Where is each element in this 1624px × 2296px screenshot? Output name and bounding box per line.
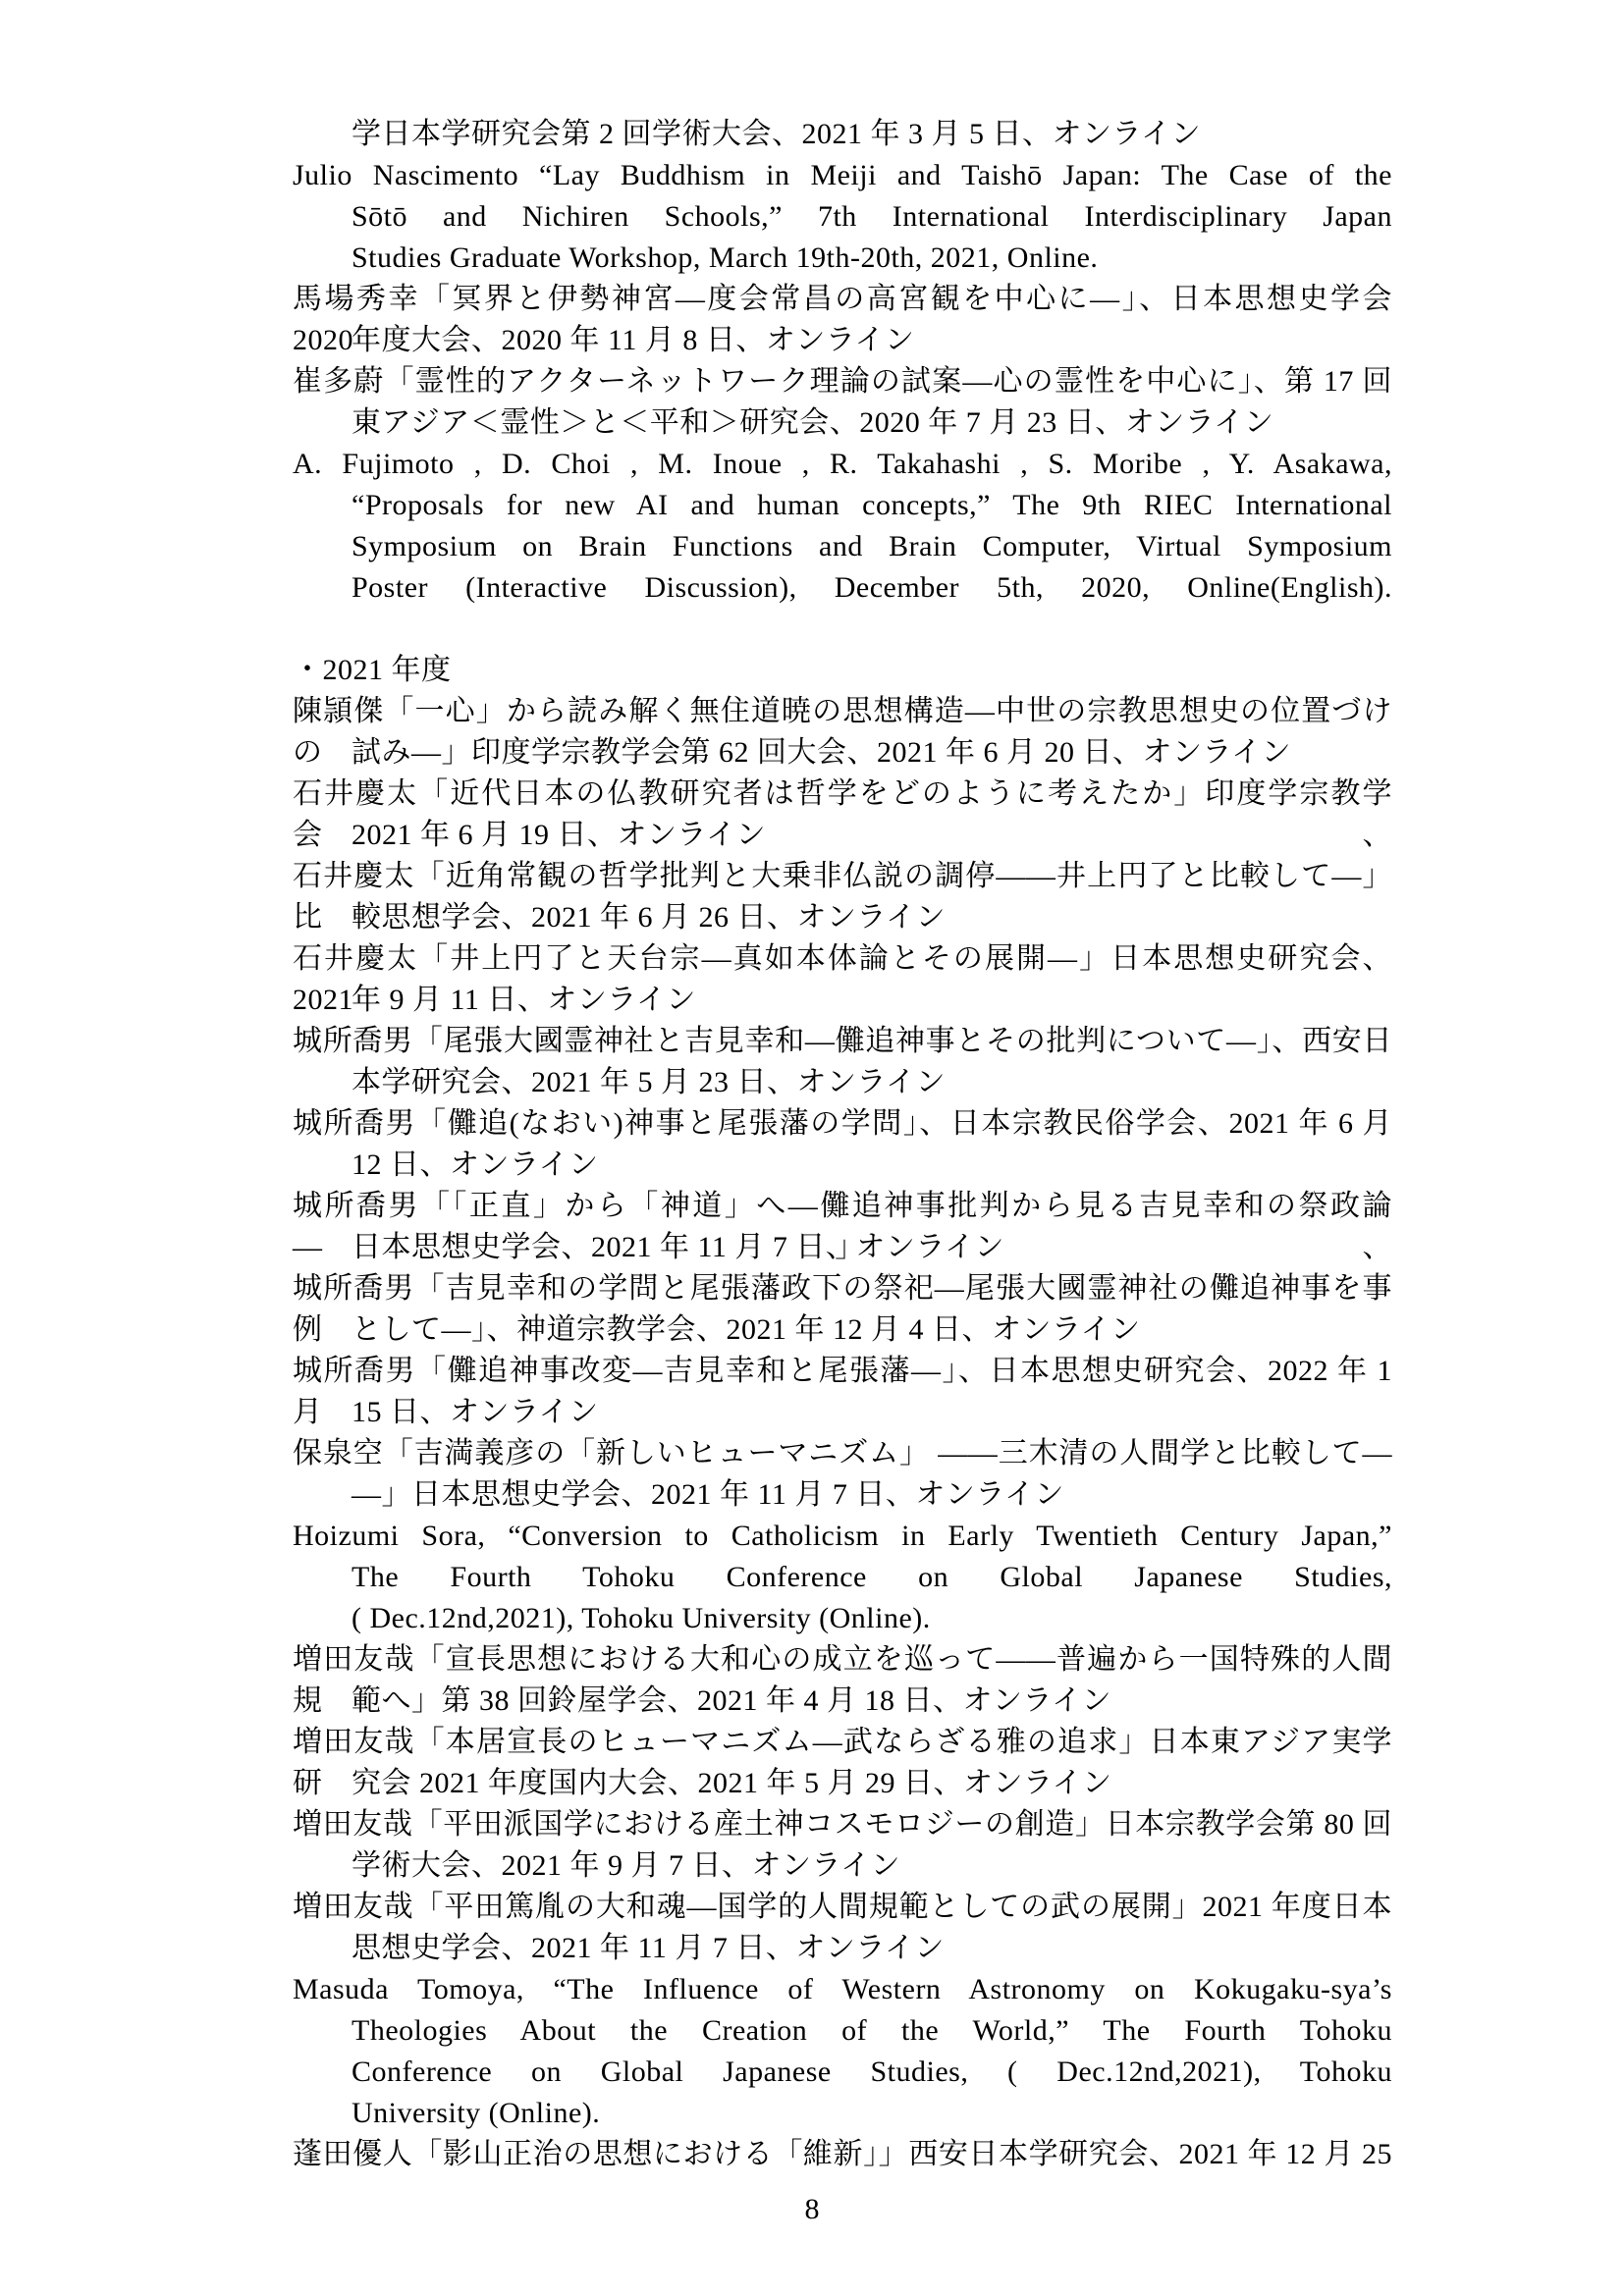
text-line: ( Dec.12nd,2021), Tohoku University (Onl… — [293, 1598, 1392, 1639]
text-line: 崔多蔚「霊性的アクターネットワーク理論の試案―心の霊性を中心に」、第 17 回 — [293, 361, 1392, 402]
text-line: 東アジア＜霊性＞と＜平和＞研究会、2020 年 7 月 23 日、オンライン — [293, 402, 1392, 444]
text-line: 陳頴傑「一心」から読み解く無住道暁の思想構造―中世の宗教思想史の位置づけの — [293, 691, 1392, 732]
text-line: として―」、神道宗教学会、2021 年 12 月 4 日、オンライン — [293, 1309, 1392, 1351]
document-page: 学日本学研究会第 2 回学術大会、2021 年 3 月 5 日、オンラインJul… — [0, 0, 1624, 2296]
text-line: 増田友哉「本居宣長のヒューマニズム―武ならざる雅の追求」日本東アジア実学研 — [293, 1722, 1392, 1763]
text-line: 馬場秀幸「冥界と伊勢神宮―度会常昌の高宮観を中心に―」、日本思想史学会 2020 — [293, 279, 1392, 320]
text-line: 城所喬男「儺追(なおい)神事と尾張藩の学問」、日本宗教民俗学会、2021 年 6… — [293, 1103, 1392, 1145]
text-line: University (Online). — [293, 2093, 1392, 2134]
text-line: “Proposals for new AI and human concepts… — [293, 485, 1392, 526]
text-line: A. Fujimoto , D. Choi , M. Inoue , R. Ta… — [293, 444, 1392, 485]
text-line: 15 日、オンライン — [293, 1392, 1392, 1433]
text-line: ・2021 年度 — [293, 650, 1392, 691]
text-line: Symposium on Brain Functions and Brain C… — [293, 526, 1392, 567]
text-line: 蓬田優人「影山正治の思想における「維新」」西安日本学研究会、2021 年 12 … — [293, 2134, 1392, 2175]
text-line: 学術大会、2021 年 9 月 7 日、オンライン — [293, 1845, 1392, 1887]
text-line: Hoizumi Sora, “Conversion to Catholicism… — [293, 1516, 1392, 1557]
text-line: 城所喬男「「正直」から「神道」へ―儺追神事批判から見る吉見幸和の祭政論―」、 — [293, 1186, 1392, 1227]
text-line: 増田友哉「平田派国学における産土神コスモロジーの創造」日本宗教学会第 80 回 — [293, 1804, 1392, 1845]
text-line: 城所喬男「吉見幸和の学問と尾張藩政下の祭祀―尾張大國霊神社の儺追神事を事例 — [293, 1268, 1392, 1309]
text-line: 学日本学研究会第 2 回学術大会、2021 年 3 月 5 日、オンライン — [293, 114, 1392, 155]
text-line: 石井慶太「近角常観の哲学批判と大乗非仏説の調停――井上円了と比較して―」比 — [293, 856, 1392, 897]
text-line: 石井慶太「近代日本の仏教研究者は哲学をどのように考えたか」印度学宗教学会、 — [293, 774, 1392, 815]
text-line: 年 9 月 11 日、オンライン — [293, 980, 1392, 1021]
document-text-block: 学日本学研究会第 2 回学術大会、2021 年 3 月 5 日、オンラインJul… — [293, 114, 1392, 2175]
text-line: Theologies About the Creation of the Wor… — [293, 2010, 1392, 2052]
text-line: Julio Nascimento “Lay Buddhism in Meiji … — [293, 155, 1392, 196]
text-line: Masuda Tomoya, “The Influence of Western… — [293, 1969, 1392, 2010]
text-line: 範へ」第 38 回鈴屋学会、2021 年 4 月 18 日、オンライン — [293, 1681, 1392, 1722]
text-line: 究会 2021 年度国内大会、2021 年 5 月 29 日、オンライン — [293, 1763, 1392, 1804]
text-line: 試み―」印度学宗教学会第 62 回大会、2021 年 6 月 20 日、オンライ… — [293, 732, 1392, 774]
text-line: 本学研究会、2021 年 5 月 23 日、オンライン — [293, 1062, 1392, 1103]
text-line: 較思想学会、2021 年 6 月 26 日、オンライン — [293, 897, 1392, 938]
text-line: 城所喬男「尾張大國霊神社と吉見幸和―儺追神事とその批判について―」、西安日 — [293, 1021, 1392, 1062]
blank-line — [293, 609, 1392, 650]
text-line: 増田友哉「宣長思想における大和心の成立を巡って――普遍から一国特殊的人間規 — [293, 1639, 1392, 1681]
text-line: 年度大会、2020 年 11 月 8 日、オンライン — [293, 320, 1392, 361]
text-line: 思想史学会、2021 年 11 月 7 日、オンライン — [293, 1928, 1392, 1969]
page-number: 8 — [0, 2189, 1624, 2230]
text-line: The Fourth Tohoku Conference on Global J… — [293, 1557, 1392, 1598]
text-line: 城所喬男「儺追神事改変―吉見幸和と尾張藩―」、日本思想史研究会、2022 年 1… — [293, 1351, 1392, 1392]
text-line: Sōtō and Nichiren Schools,” 7th Internat… — [293, 196, 1392, 238]
text-line: 増田友哉「平田篤胤の大和魂―国学的人間規範としての武の展開」2021 年度日本 — [293, 1887, 1392, 1928]
text-line: Poster (Interactive Discussion), Decembe… — [293, 567, 1392, 609]
text-line: 石井慶太「井上円了と天台宗―真如本体論とその展開―」日本思想史研究会、2021 — [293, 938, 1392, 980]
text-line: Conference on Global Japanese Studies, (… — [293, 2052, 1392, 2093]
text-line: 12 日、オンライン — [293, 1145, 1392, 1186]
text-line: Studies Graduate Workshop, March 19th-20… — [293, 238, 1392, 279]
text-line: ―」日本思想史学会、2021 年 11 月 7 日、オンライン — [293, 1474, 1392, 1516]
text-line: 保泉空「吉満義彦の「新しいヒューマニズム」 ――三木清の人間学と比較して― — [293, 1433, 1392, 1474]
